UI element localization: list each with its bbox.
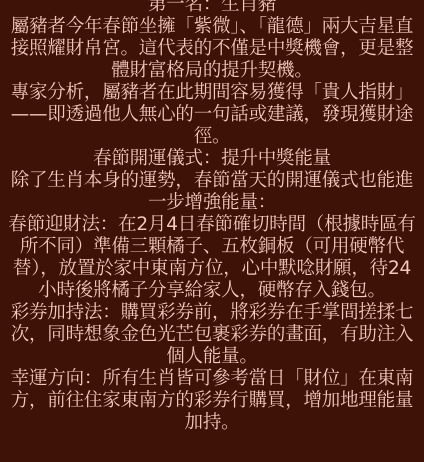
paragraph-expert-analysis: 專家分析，屬豬者在此期間容易獲得「貴人指財」——即透過他人無心的一句話或建議，發… — [0, 82, 424, 148]
section-heading-rank1: 第一名：生肖豬 — [0, 0, 424, 16]
paragraph-pig-fortune: 屬豬者今年春節坐擁「紫微」、「龍德」兩大吉星直接照耀財帛宮。這代表的不僅是中獎機… — [0, 16, 424, 82]
paragraph-lottery-method: 彩券加持法：購買彩券前，將彩券在手掌間搓揉七次，同時想象金色光芒包裹彩券的畫面，… — [0, 302, 424, 368]
section-heading-ritual: 春節開運儀式：提升中獎能量 — [0, 148, 424, 170]
article-content: 第一名：生肖豬 屬豬者今年春節坐擁「紫微」、「龍德」兩大吉星直接照耀財帛宮。這代… — [0, 0, 424, 434]
paragraph-wealth-method: 春節迎財法：在2月4日春節確切時間（根據時區有所不同）準備三顆橘子、五枚銅板（可… — [0, 214, 424, 302]
paragraph-ritual-intro: 除了生肖本身的運勢，春節當天的開運儀式也能進一步增強能量： — [0, 170, 424, 214]
paragraph-lucky-direction: 幸運方向：所有生肖皆可參考當日「財位」在東南方，前往住家東南方的彩券行購買，增加… — [0, 368, 424, 434]
